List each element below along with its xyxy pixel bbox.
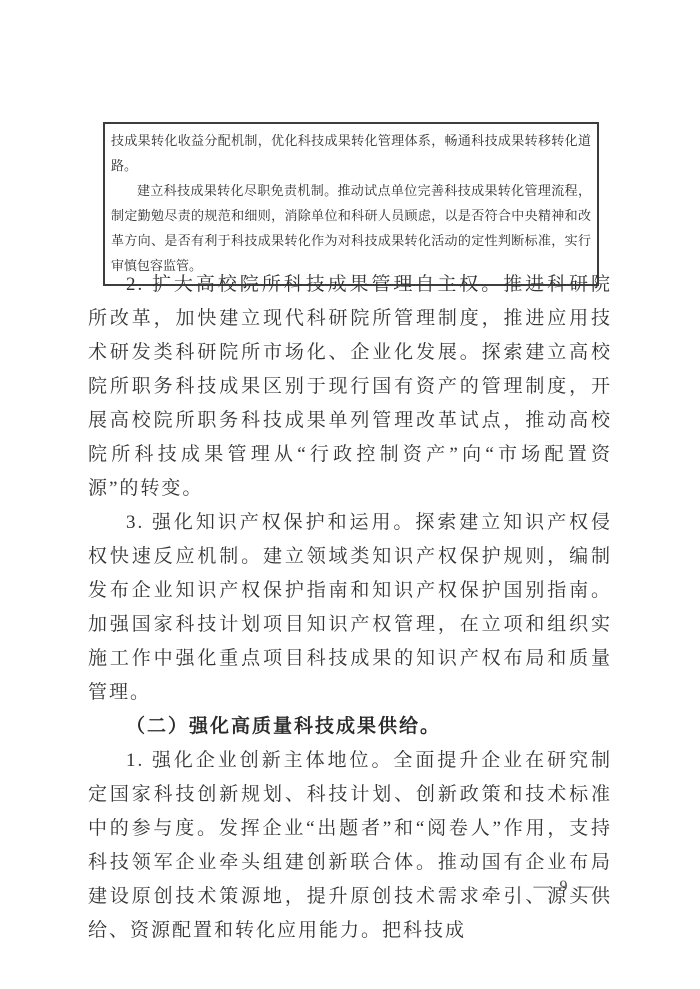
boxed-note-paragraph-continuation: 技成果转化收益分配机制，优化科技成果转化管理体系，畅通科技成果转移转化道路。 [111, 128, 591, 178]
paragraph-item-1: 1. 强化企业创新主体地位。全面提升企业在研究制定国家科技创新规划、科技计划、创… [88, 744, 612, 948]
body-text: 2. 扩大高校院所科技成果管理自主权。推进科研院所改革，加快建立现代科研院所管理… [88, 268, 612, 948]
section-heading-2: （二）强化高质量科技成果供给。 [88, 710, 612, 744]
document-page: 技成果转化收益分配机制，优化科技成果转化管理体系，畅通科技成果转移转化道路。 建… [0, 0, 700, 989]
paragraph-item-2: 2. 扩大高校院所科技成果管理自主权。推进科研院所改革，加快建立现代科研院所管理… [88, 268, 612, 506]
boxed-note: 技成果转化收益分配机制，优化科技成果转化管理体系，畅通科技成果转移转化道路。 建… [103, 122, 599, 286]
boxed-note-paragraph: 建立科技成果转化尽职免责机制。推动试点单位完善科技成果转化管理流程，制定勤勉尽责… [111, 178, 591, 278]
paragraph-item-3: 3. 强化知识产权保护和运用。探索建立知识产权侵权快速反应机制。建立领域类知识产… [88, 506, 612, 710]
page-number: — 9 — [510, 878, 620, 896]
